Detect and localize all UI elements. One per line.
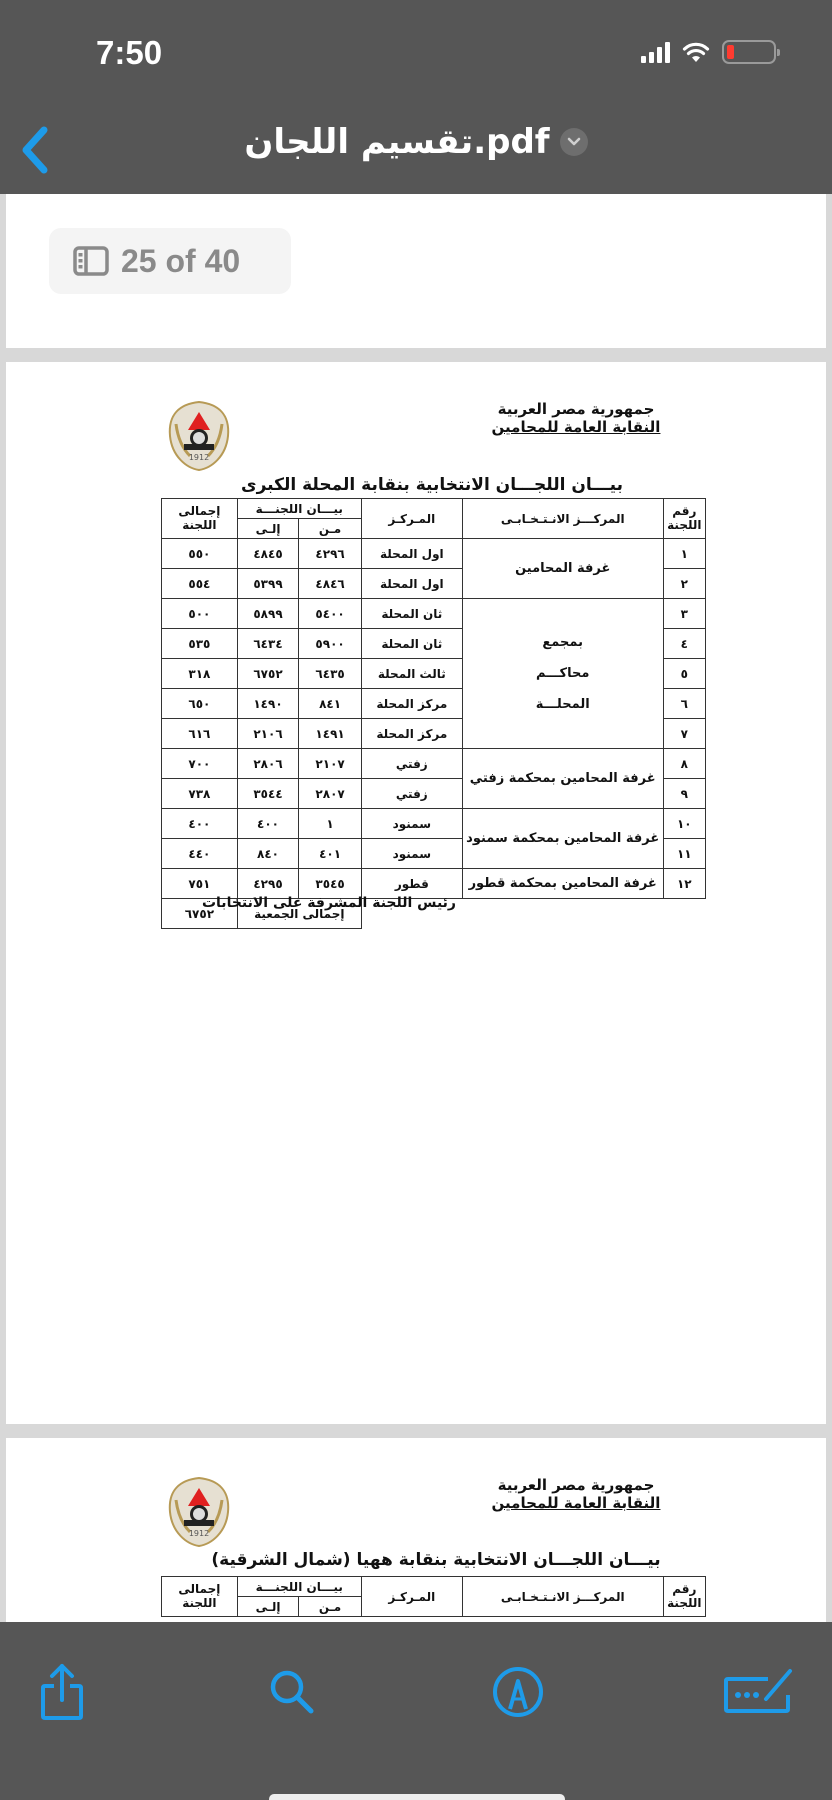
cell-from: ٣٥٤٥ bbox=[299, 869, 362, 899]
status-icons bbox=[641, 40, 776, 64]
bottom-toolbar bbox=[0, 1622, 832, 1800]
cell-center: ثان المحلة bbox=[361, 599, 462, 629]
next-page-title: بيـــان اللجـــان الانتخابية بنقابة ههيا… bbox=[206, 1550, 666, 1570]
cell-center: اول المحلة bbox=[361, 569, 462, 599]
col-header-center: المـركـز bbox=[361, 499, 462, 539]
next-page-letterhead: جمهورية مصر العربية النقابة العامة للمحا… bbox=[486, 1476, 666, 1512]
cell-to: ٣٥٤٤ bbox=[237, 779, 299, 809]
document-title: تقسيم اللجان.pdf bbox=[244, 122, 549, 162]
cell-from: ٨٤١ bbox=[299, 689, 362, 719]
cell-from: ٤٢٩٦ bbox=[299, 539, 362, 569]
svg-text:1912: 1912 bbox=[189, 1529, 209, 1538]
cell-from: ٥٩٠٠ bbox=[299, 629, 362, 659]
cell-center: مركز المحلة bbox=[361, 719, 462, 749]
chevron-down-icon[interactable] bbox=[560, 128, 588, 156]
col-header-from: مـن bbox=[299, 1597, 362, 1617]
col-header-number: رقم اللجنة bbox=[663, 1577, 705, 1617]
cell-from: ٦٤٣٥ bbox=[299, 659, 362, 689]
cell-from: ٢٨٠٧ bbox=[299, 779, 362, 809]
thumbnails-sidebar-icon bbox=[73, 246, 109, 276]
next-page-table: رقم اللجنة المركـــز الانـتـخـابـى المـر… bbox=[161, 1576, 706, 1617]
cell-number: ١ bbox=[663, 539, 705, 569]
cell-number: ١١ bbox=[663, 839, 705, 869]
cell-to: ٦٤٣٤ bbox=[237, 629, 299, 659]
cell-from: ٥٤٠٠ bbox=[299, 599, 362, 629]
cell-number: ٦ bbox=[663, 689, 705, 719]
pdf-page-previous: 25 of 40 bbox=[6, 194, 826, 348]
cell-to: ٥٣٩٩ bbox=[237, 569, 299, 599]
committees-table: رقم اللجنة المركـــز الانـتـخـابـى المـر… bbox=[161, 498, 706, 929]
spacer bbox=[663, 899, 705, 929]
cell-total: ٦١٦ bbox=[162, 719, 238, 749]
pdf-viewer[interactable]: 25 of 40 1912 جمهورية مصر العربية النقاب… bbox=[0, 194, 832, 1622]
cell-to: ٢١٠٦ bbox=[237, 719, 299, 749]
col-header-from: مـن bbox=[299, 519, 362, 539]
wifi-icon bbox=[682, 41, 710, 63]
bar-association-logo: 1912 bbox=[166, 1476, 232, 1548]
cellular-signal-icon bbox=[641, 41, 670, 63]
col-header-number: رقم اللجنة bbox=[663, 499, 705, 539]
col-header-to: إلـى bbox=[237, 519, 299, 539]
cell-total: ٥٣٥ bbox=[162, 629, 238, 659]
cell-number: ١٠ bbox=[663, 809, 705, 839]
document-title-menu[interactable]: تقسيم اللجان.pdf bbox=[0, 122, 832, 162]
letterhead-organization: النقابة العامة للمحامين bbox=[486, 1494, 666, 1512]
cell-polling-center: غرفة المحامين بمحكمة زفتي bbox=[462, 749, 663, 809]
cell-from: ٤٠١ bbox=[299, 839, 362, 869]
col-header-polling-center: المركـــز الانـتـخـابـى bbox=[462, 1577, 663, 1617]
col-header-center: المـركـز bbox=[361, 1577, 462, 1617]
cell-to: ٤٠٠ bbox=[237, 809, 299, 839]
col-header-committee-info: بيـــان اللجنـــة bbox=[237, 1577, 361, 1597]
markup-icon bbox=[491, 1665, 545, 1719]
cell-from: ٢١٠٧ bbox=[299, 749, 362, 779]
cell-polling-center: غرفة المحامين بمحكمة قطور bbox=[462, 869, 663, 899]
cell-number: ٣ bbox=[663, 599, 705, 629]
cell-number: ٨ bbox=[663, 749, 705, 779]
cell-number: ١٢ bbox=[663, 869, 705, 899]
cell-to: ٥٨٩٩ bbox=[237, 599, 299, 629]
cell-center: زفتي bbox=[361, 749, 462, 779]
cell-from: ١ bbox=[299, 809, 362, 839]
cell-center: ثان المحلة bbox=[361, 629, 462, 659]
share-icon bbox=[37, 1662, 87, 1722]
table-row: ٣ بمجمع محاكـــم المحلـــة ثان المحلة ٥٤… bbox=[162, 599, 706, 629]
status-bar: 7:50 bbox=[0, 0, 832, 110]
navigation-bar: تقسيم اللجان.pdf bbox=[0, 110, 832, 194]
markup-button[interactable] bbox=[488, 1662, 548, 1722]
cell-total: ٤٤٠ bbox=[162, 839, 238, 869]
home-indicator[interactable] bbox=[269, 1794, 565, 1800]
share-button[interactable] bbox=[32, 1662, 92, 1722]
table-row: ١ غرفة المحامين اول المحلة ٤٢٩٦ ٤٨٤٥ ٥٥٠ bbox=[162, 539, 706, 569]
col-header-to: إلـى bbox=[237, 1597, 299, 1617]
cell-total: ٥٥٤ bbox=[162, 569, 238, 599]
cell-to: ١٤٩٠ bbox=[237, 689, 299, 719]
cell-total: ٧٥١ bbox=[162, 869, 238, 899]
page-indicator-label: 25 of 40 bbox=[121, 243, 240, 280]
spacer bbox=[462, 899, 663, 929]
table-row: ١٢ غرفة المحامين بمحكمة قطور قطور ٣٥٤٥ ٤… bbox=[162, 869, 706, 899]
letterhead-country: جمهورية مصر العربية bbox=[486, 400, 666, 418]
pdf-page-next: 1912 جمهورية مصر العربية النقابة العامة … bbox=[6, 1438, 826, 1622]
cell-number: ٢ bbox=[663, 569, 705, 599]
cell-polling-center: غرفة المحامين bbox=[462, 539, 663, 599]
cell-number: ٤ bbox=[663, 629, 705, 659]
cell-number: ٧ bbox=[663, 719, 705, 749]
cell-polling-center: بمجمع محاكـــم المحلـــة bbox=[462, 599, 663, 749]
cell-to: ٨٤٠ bbox=[237, 839, 299, 869]
signature-button[interactable] bbox=[722, 1662, 796, 1722]
document-letterhead: جمهورية مصر العربية النقابة العامة للمحا… bbox=[486, 400, 666, 436]
svg-text:1912: 1912 bbox=[189, 453, 209, 462]
cell-to: ٢٨٠٦ bbox=[237, 749, 299, 779]
cell-to: ٤٨٤٥ bbox=[237, 539, 299, 569]
search-button[interactable] bbox=[262, 1662, 322, 1722]
signature-line: رئيس اللجنة المشرفة على الانتخابات bbox=[176, 895, 456, 911]
cell-center: سمنود bbox=[361, 809, 462, 839]
cell-center: سمنود bbox=[361, 839, 462, 869]
cell-center: قطور bbox=[361, 869, 462, 899]
battery-icon bbox=[722, 40, 776, 64]
bar-association-logo: 1912 bbox=[166, 400, 232, 472]
letterhead-organization: النقابة العامة للمحامين bbox=[486, 418, 666, 436]
cell-total: ٦٥٠ bbox=[162, 689, 238, 719]
col-header-committee-info: بيـــان اللجنـــة bbox=[237, 499, 361, 519]
cell-number: ٥ bbox=[663, 659, 705, 689]
cell-center: اول المحلة bbox=[361, 539, 462, 569]
cell-from: ١٤٩١ bbox=[299, 719, 362, 749]
table-row: ٨ غرفة المحامين بمحكمة زفتي زفتي ٢١٠٧ ٢٨… bbox=[162, 749, 706, 779]
col-header-total: إجمالى اللجنة bbox=[162, 499, 238, 539]
cell-total: ٥٥٠ bbox=[162, 539, 238, 569]
page-indicator[interactable]: 25 of 40 bbox=[49, 228, 291, 294]
table-row: ١٠ غرفة المحامين بمحكمة سمنود سمنود ١ ٤٠… bbox=[162, 809, 706, 839]
cell-total: ٥٠٠ bbox=[162, 599, 238, 629]
polling-center-label: بمجمع محاكـــم المحلـــة bbox=[536, 635, 590, 712]
cell-center: مركز المحلة bbox=[361, 689, 462, 719]
signature-icon bbox=[722, 1665, 796, 1719]
cell-total: ٤٠٠ bbox=[162, 809, 238, 839]
pdf-page-current: 1912 جمهورية مصر العربية النقابة العامة … bbox=[6, 362, 826, 1424]
cell-total: ٧٠٠ bbox=[162, 749, 238, 779]
document-title-heading: بيـــان اللجـــان الانتخابية بنقابة المح… bbox=[232, 475, 632, 495]
cell-to: ٤٢٩٥ bbox=[237, 869, 299, 899]
cell-number: ٩ bbox=[663, 779, 705, 809]
cell-from: ٤٨٤٦ bbox=[299, 569, 362, 599]
cell-total: ٧٣٨ bbox=[162, 779, 238, 809]
status-time: 7:50 bbox=[96, 34, 162, 72]
cell-to: ٦٧٥٢ bbox=[237, 659, 299, 689]
letterhead-country: جمهورية مصر العربية bbox=[486, 1476, 666, 1494]
search-icon bbox=[267, 1667, 317, 1717]
cell-center: زفتي bbox=[361, 779, 462, 809]
col-header-polling-center: المركـــز الانـتـخـابـى bbox=[462, 499, 663, 539]
cell-total: ٣١٨ bbox=[162, 659, 238, 689]
cell-center: ثالث المحلة bbox=[361, 659, 462, 689]
cell-polling-center: غرفة المحامين بمحكمة سمنود bbox=[462, 809, 663, 869]
col-header-total: إجمالى اللجنة bbox=[162, 1577, 238, 1617]
